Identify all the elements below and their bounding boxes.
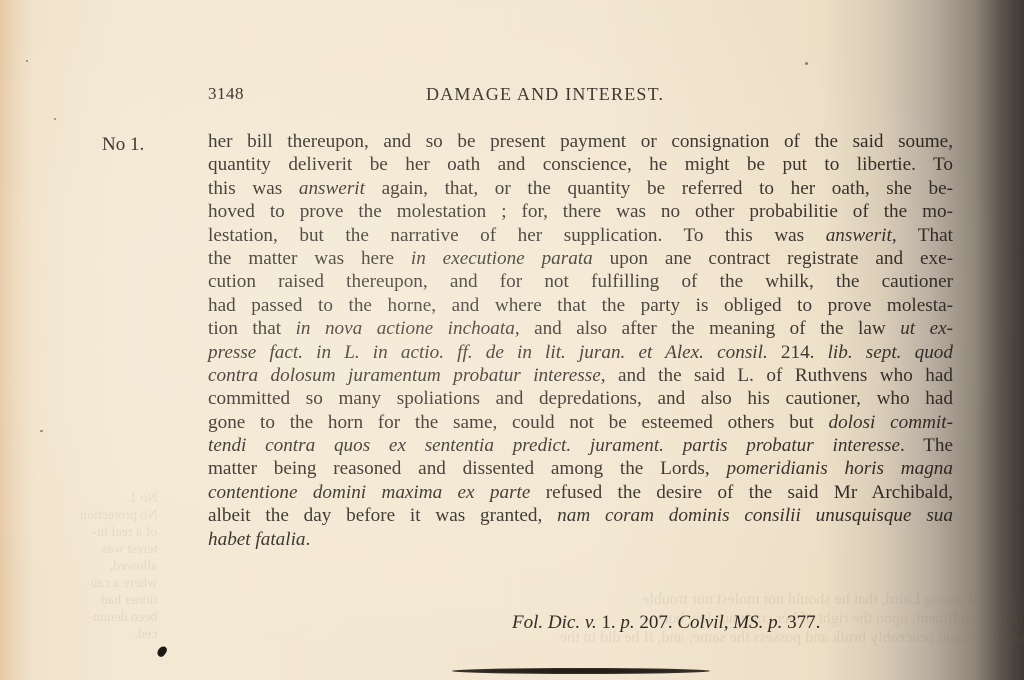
text-line: had passed to the horne, and where that … bbox=[208, 294, 953, 317]
text-run: lestation, but the narrative of her supp… bbox=[208, 225, 826, 246]
text-run: , and the said L. of Ruthvens who had bbox=[601, 365, 953, 386]
text-run: this was bbox=[208, 178, 299, 199]
case-number-margin-note: No 1. bbox=[102, 134, 144, 156]
latin-italic-phrase: in executione parata bbox=[411, 248, 593, 269]
latin-italic-phrase: habet fatalia bbox=[208, 529, 306, 550]
latin-italic-phrase: answerit bbox=[299, 178, 365, 199]
text-line: presse fact. in L. in actio. ff. de in l… bbox=[208, 341, 953, 364]
latin-italic-phrase: Colvil, MS. p. bbox=[677, 612, 782, 633]
text-line: cution raised thereupon, and for not ful… bbox=[208, 270, 953, 293]
running-head: 3148 DAMAGE AND INTEREST. bbox=[208, 84, 768, 112]
text-run: 1. bbox=[597, 612, 621, 633]
text-line: albeit the day before it was granted, na… bbox=[208, 504, 953, 527]
text-line: tendi contra quos ex sententia predict. … bbox=[208, 434, 953, 457]
latin-italic-phrase: contra dolosum juramentum probatur inter… bbox=[208, 365, 601, 386]
latin-italic-phrase: tendi contra quos ex sententia predict. … bbox=[208, 435, 900, 456]
text-line: habet fatalia. bbox=[208, 528, 953, 551]
text-run: upon ane contract registrate and exe- bbox=[593, 248, 953, 269]
page-number: 3148 bbox=[208, 84, 244, 104]
latin-italic-phrase: lib. sept. quod bbox=[828, 342, 953, 363]
text-line: quantity deliverit be her oath and consc… bbox=[208, 153, 953, 176]
text-run: gone to the horn for the same, could not… bbox=[208, 412, 828, 433]
latin-italic-phrase: answerit bbox=[826, 225, 892, 246]
scanned-book-page: to the said young Laird, that he should … bbox=[0, 0, 1024, 680]
latin-italic-phrase: pomeridianis horis magna bbox=[726, 458, 953, 479]
text-line: matter being reasoned and dissented amon… bbox=[208, 457, 953, 480]
text-line: committed so many spoliations and depred… bbox=[208, 387, 953, 410]
section-divider-rule bbox=[452, 668, 710, 674]
latin-italic-phrase: presse fact. in L. in actio. ff. de in l… bbox=[208, 342, 768, 363]
latin-italic-phrase: p. bbox=[620, 612, 634, 633]
bleed-through-margin-note: No 1. No protection of a real in- terest… bbox=[80, 490, 157, 643]
text-line: lestation, but the narrative of her supp… bbox=[208, 224, 953, 247]
latin-italic-phrase: in nova actione inchoata bbox=[296, 318, 515, 339]
text-run: tion that bbox=[208, 318, 296, 339]
text-line: contra dolosum juramentum probatur inter… bbox=[208, 364, 953, 387]
text-run: hoved to prove the molestation ; for, th… bbox=[208, 201, 953, 222]
text-line: the matter was here in executione parata… bbox=[208, 247, 953, 270]
text-run: again, that, or the quantity be referred… bbox=[365, 178, 953, 199]
page-title: DAMAGE AND INTEREST. bbox=[426, 84, 664, 105]
latin-italic-phrase: nam coram dominis consilii unusquisque s… bbox=[557, 505, 953, 526]
text-run: 377. bbox=[782, 612, 820, 633]
text-run: 207. bbox=[635, 612, 678, 633]
ink-blot-mark bbox=[156, 645, 168, 659]
paper-speck bbox=[54, 118, 56, 120]
paper-speck bbox=[26, 60, 28, 62]
latin-italic-phrase: Fol. Dic. v. bbox=[512, 612, 597, 633]
text-run: committed so many spoliations and depred… bbox=[208, 388, 953, 409]
body-paragraph: her bill thereupon, and so be present pa… bbox=[208, 130, 953, 551]
text-run: . The bbox=[900, 435, 953, 456]
text-run: . bbox=[306, 529, 311, 550]
text-run: 214. bbox=[768, 342, 828, 363]
latin-italic-phrase: contentione domini maxima ex parte bbox=[208, 482, 530, 503]
text-run: quantity deliverit be her oath and consc… bbox=[208, 154, 953, 175]
text-run: her bill thereupon, and so be present pa… bbox=[208, 131, 953, 152]
text-run: albeit the day before it was granted, bbox=[208, 505, 557, 526]
text-line: this was answerit again, that, or the qu… bbox=[208, 177, 953, 200]
paper-speck bbox=[805, 62, 808, 65]
text-run: the matter was here bbox=[208, 248, 411, 269]
text-line: hoved to prove the molestation ; for, th… bbox=[208, 200, 953, 223]
text-line: tion that in nova actione inchoata, and … bbox=[208, 317, 953, 340]
text-line: her bill thereupon, and so be present pa… bbox=[208, 130, 953, 153]
text-line: contentione domini maxima ex parte refus… bbox=[208, 481, 953, 504]
paper-speck bbox=[40, 430, 43, 432]
text-run: had passed to the horne, and where that … bbox=[208, 295, 953, 316]
text-run: matter being reasoned and dissented amon… bbox=[208, 458, 726, 479]
text-run: cution raised thereupon, and for not ful… bbox=[208, 271, 953, 292]
text-run: , That bbox=[892, 225, 953, 246]
latin-italic-phrase: dolosi commit- bbox=[828, 412, 953, 433]
latin-italic-phrase: ut ex- bbox=[900, 318, 953, 339]
text-run: , and also after the meaning of the law bbox=[515, 318, 900, 339]
text-line: gone to the horn for the same, could not… bbox=[208, 411, 953, 434]
text-run: refused the desire of the said Mr Archib… bbox=[530, 482, 953, 503]
source-citation: Fol. Dic. v. 1. p. 207. Colvil, MS. p. 3… bbox=[512, 612, 820, 634]
